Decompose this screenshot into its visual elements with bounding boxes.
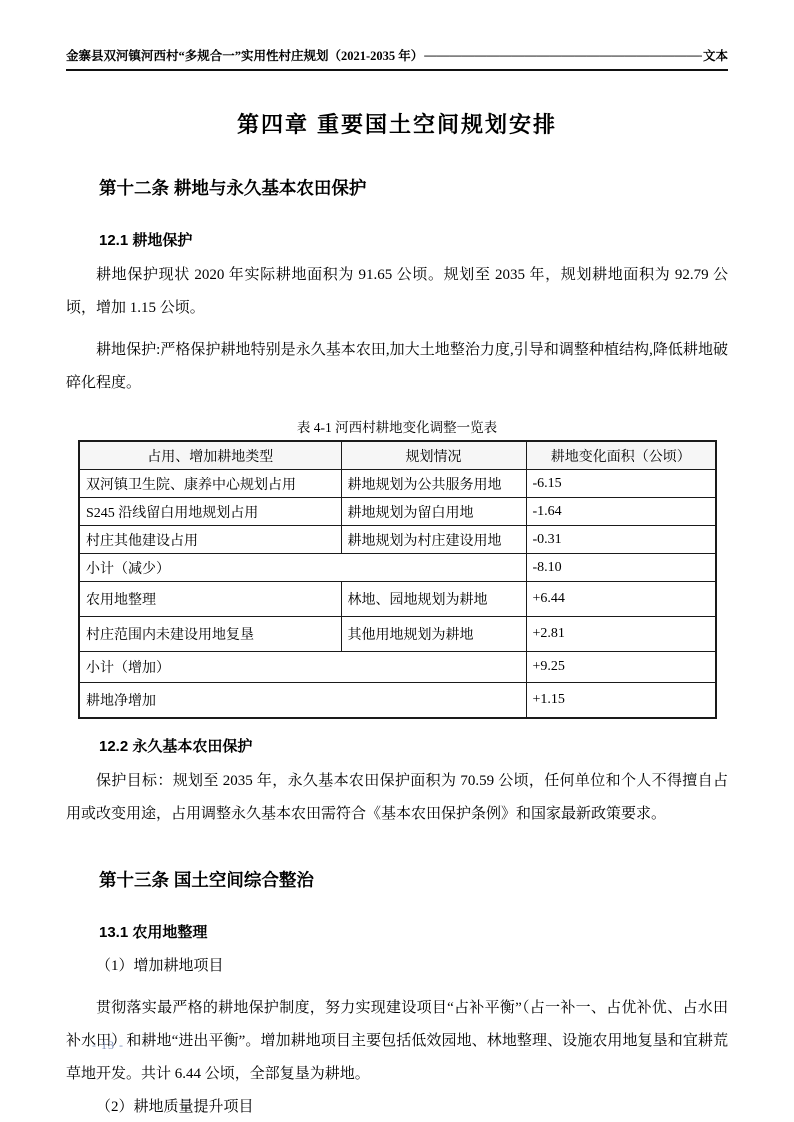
table-4-1: 占用、增加耕地类型 规划情况 耕地变化面积（公顷） 双河镇卫生院、康养中心规划占… — [78, 440, 717, 719]
running-header: 金寨县双河镇河西村“多规合一”实用性村庄规划（2021-2035 年） ————… — [66, 46, 728, 71]
paragraph-farmland-protection-target: 保护目标：规划至 2035 年，永久基本农田保护面积为 70.59 公顷，任何单… — [66, 765, 728, 831]
cell-subtotal-label: 小计（减少） — [79, 554, 526, 582]
cell-planning: 耕地规划为村庄建设用地 — [341, 526, 526, 554]
cell-type: 农用地整理 — [79, 582, 341, 617]
cell-area: +2.81 — [526, 617, 716, 652]
section-12-heading: 第十二条 耕地与永久基本农田保护 — [99, 175, 728, 200]
cell-net-label: 耕地净增加 — [79, 683, 526, 719]
table-row: 双河镇卫生院、康养中心规划占用 耕地规划为公共服务用地 -6.15 — [79, 470, 716, 498]
section-13-heading: 第十三条 国土空间综合整治 — [99, 867, 728, 892]
paragraph-cultivated-land-status: 耕地保护现状 2020 年实际耕地面积为 91.65 公顷。规划至 2035 年… — [66, 259, 728, 325]
running-header-label: 文本 — [703, 46, 728, 64]
cell-area: -6.15 — [526, 470, 716, 498]
cell-planning: 耕地规划为留白用地 — [341, 498, 526, 526]
table-row-subtotal-increase: 小计（增加） +9.25 — [79, 652, 716, 683]
cell-subtotal-label: 小计（增加） — [79, 652, 526, 683]
section-13-1-heading: 13.1 农用地整理 — [99, 921, 728, 942]
cell-planning: 耕地规划为公共服务用地 — [341, 470, 526, 498]
chapter-title: 第四章 重要国土空间规划安排 — [66, 108, 728, 139]
cell-planning: 林地、园地规划为耕地 — [341, 582, 526, 617]
cell-type: S245 沿线留白用地规划占用 — [79, 498, 341, 526]
section-12-1-heading: 12.1 耕地保护 — [99, 229, 728, 250]
cell-type: 双河镇卫生院、康养中心规划占用 — [79, 470, 341, 498]
cell-area: +9.25 — [526, 652, 716, 683]
table-header-area-change: 耕地变化面积（公顷） — [526, 441, 716, 470]
table-row-subtotal-decrease: 小计（减少） -8.10 — [79, 554, 716, 582]
table-row: 农用地整理 林地、园地规划为耕地 +6.44 — [79, 582, 716, 617]
cell-planning: 其他用地规划为耕地 — [341, 617, 526, 652]
cell-area: +1.15 — [526, 683, 716, 719]
running-header-title: 金寨县双河镇河西村“多规合一”实用性村庄规划（2021-2035 年） — [66, 46, 423, 64]
cell-area: -1.64 — [526, 498, 716, 526]
table-header-planning: 规划情况 — [341, 441, 526, 470]
table-row: 村庄其他建设占用 耕地规划为村庄建设用地 -0.31 — [79, 526, 716, 554]
cell-type: 村庄范围内未建设用地复垦 — [79, 617, 341, 652]
table-header-type: 占用、增加耕地类型 — [79, 441, 341, 470]
cell-area: -8.10 — [526, 554, 716, 582]
running-header-dash-fill: ———————————————————————————————— — [424, 48, 702, 63]
cell-type: 村庄其他建设占用 — [79, 526, 341, 554]
paragraph-land-consolidation: 贯彻落实最严格的耕地保护制度，努力实现建设项目“占补平衡”（占一补一、占优补优、… — [66, 992, 728, 1091]
list-item-2: （2）耕地质量提升项目 — [66, 1091, 728, 1122]
table-row-net-increase: 耕地净增加 +1.15 — [79, 683, 716, 719]
section-12-2-heading: 12.2 永久基本农田保护 — [99, 735, 728, 756]
table-row: S245 沿线留白用地规划占用 耕地规划为留白用地 -1.64 — [79, 498, 716, 526]
list-item-1: （1）增加耕地项目 — [66, 950, 728, 983]
cell-area: -0.31 — [526, 526, 716, 554]
table-4-1-caption: 表 4-1 河西村耕地变化调整一览表 — [66, 416, 728, 436]
page-content: 金寨县双河镇河西村“多规合一”实用性村庄规划（2021-2035 年） ————… — [0, 0, 794, 1122]
cell-area: +6.44 — [526, 582, 716, 617]
page-number: - 13 - — [92, 1038, 124, 1053]
table-header-row: 占用、增加耕地类型 规划情况 耕地变化面积（公顷） — [79, 441, 716, 470]
table-row: 村庄范围内未建设用地复垦 其他用地规划为耕地 +2.81 — [79, 617, 716, 652]
paragraph-cultivated-land-protection: 耕地保护:严格保护耕地特别是永久基本农田,加大土地整治力度,引导和调整种植结构,… — [66, 334, 728, 400]
